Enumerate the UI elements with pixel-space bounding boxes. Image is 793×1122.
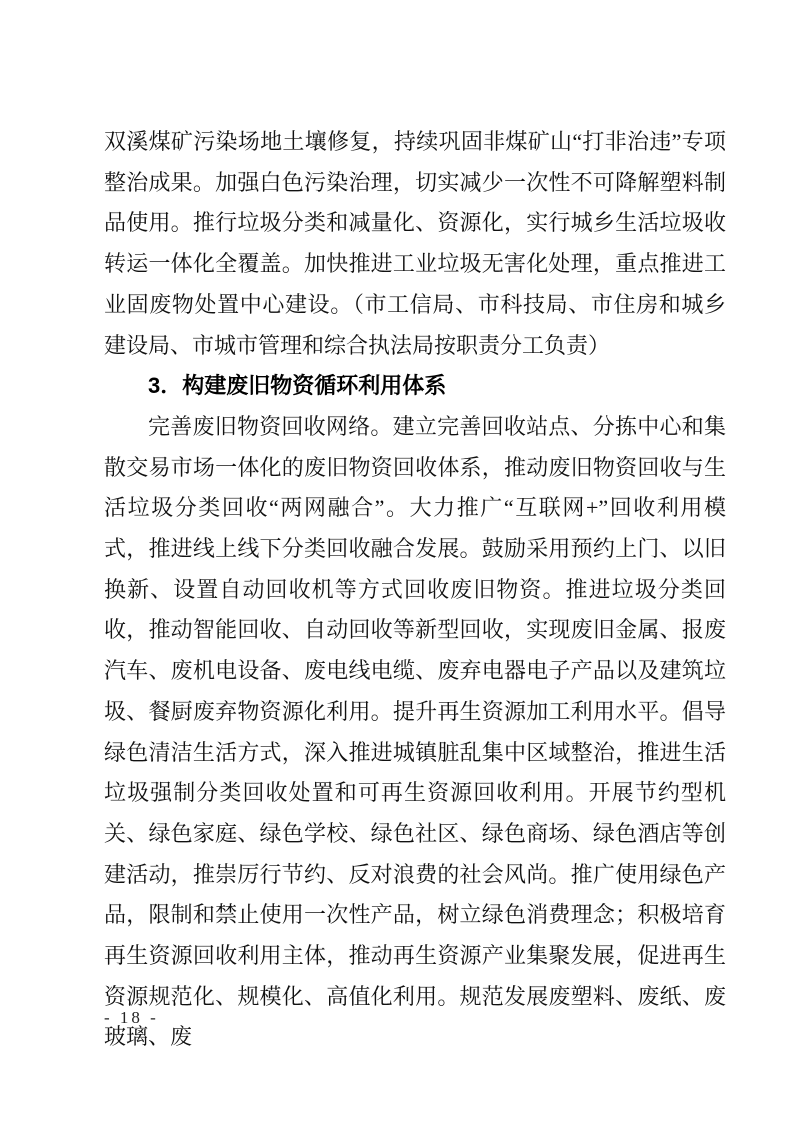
section-heading-3: 3．构建废旧物资循环利用体系 xyxy=(104,366,726,407)
body-paragraph-continuation: 双溪煤矿污染场地土壤修复，持续巩固非煤矿山“打非治违”专项整治成果。加强白色污染… xyxy=(104,122,726,366)
body-paragraph-recycling-network: 完善废旧物资回收网络。建立完善回收站点、分拣中心和集散交易市场一体化的废旧物资回… xyxy=(104,407,726,1058)
document-page: 双溪煤矿污染场地土壤修复，持续巩固非煤矿山“打非治违”专项整治成果。加强白色污染… xyxy=(0,0,793,1122)
document-body: 双溪煤矿污染场地土壤修复，持续巩固非煤矿山“打非治违”专项整治成果。加强白色污染… xyxy=(104,122,726,1058)
footer-page-number: - 18 - xyxy=(104,1008,159,1028)
